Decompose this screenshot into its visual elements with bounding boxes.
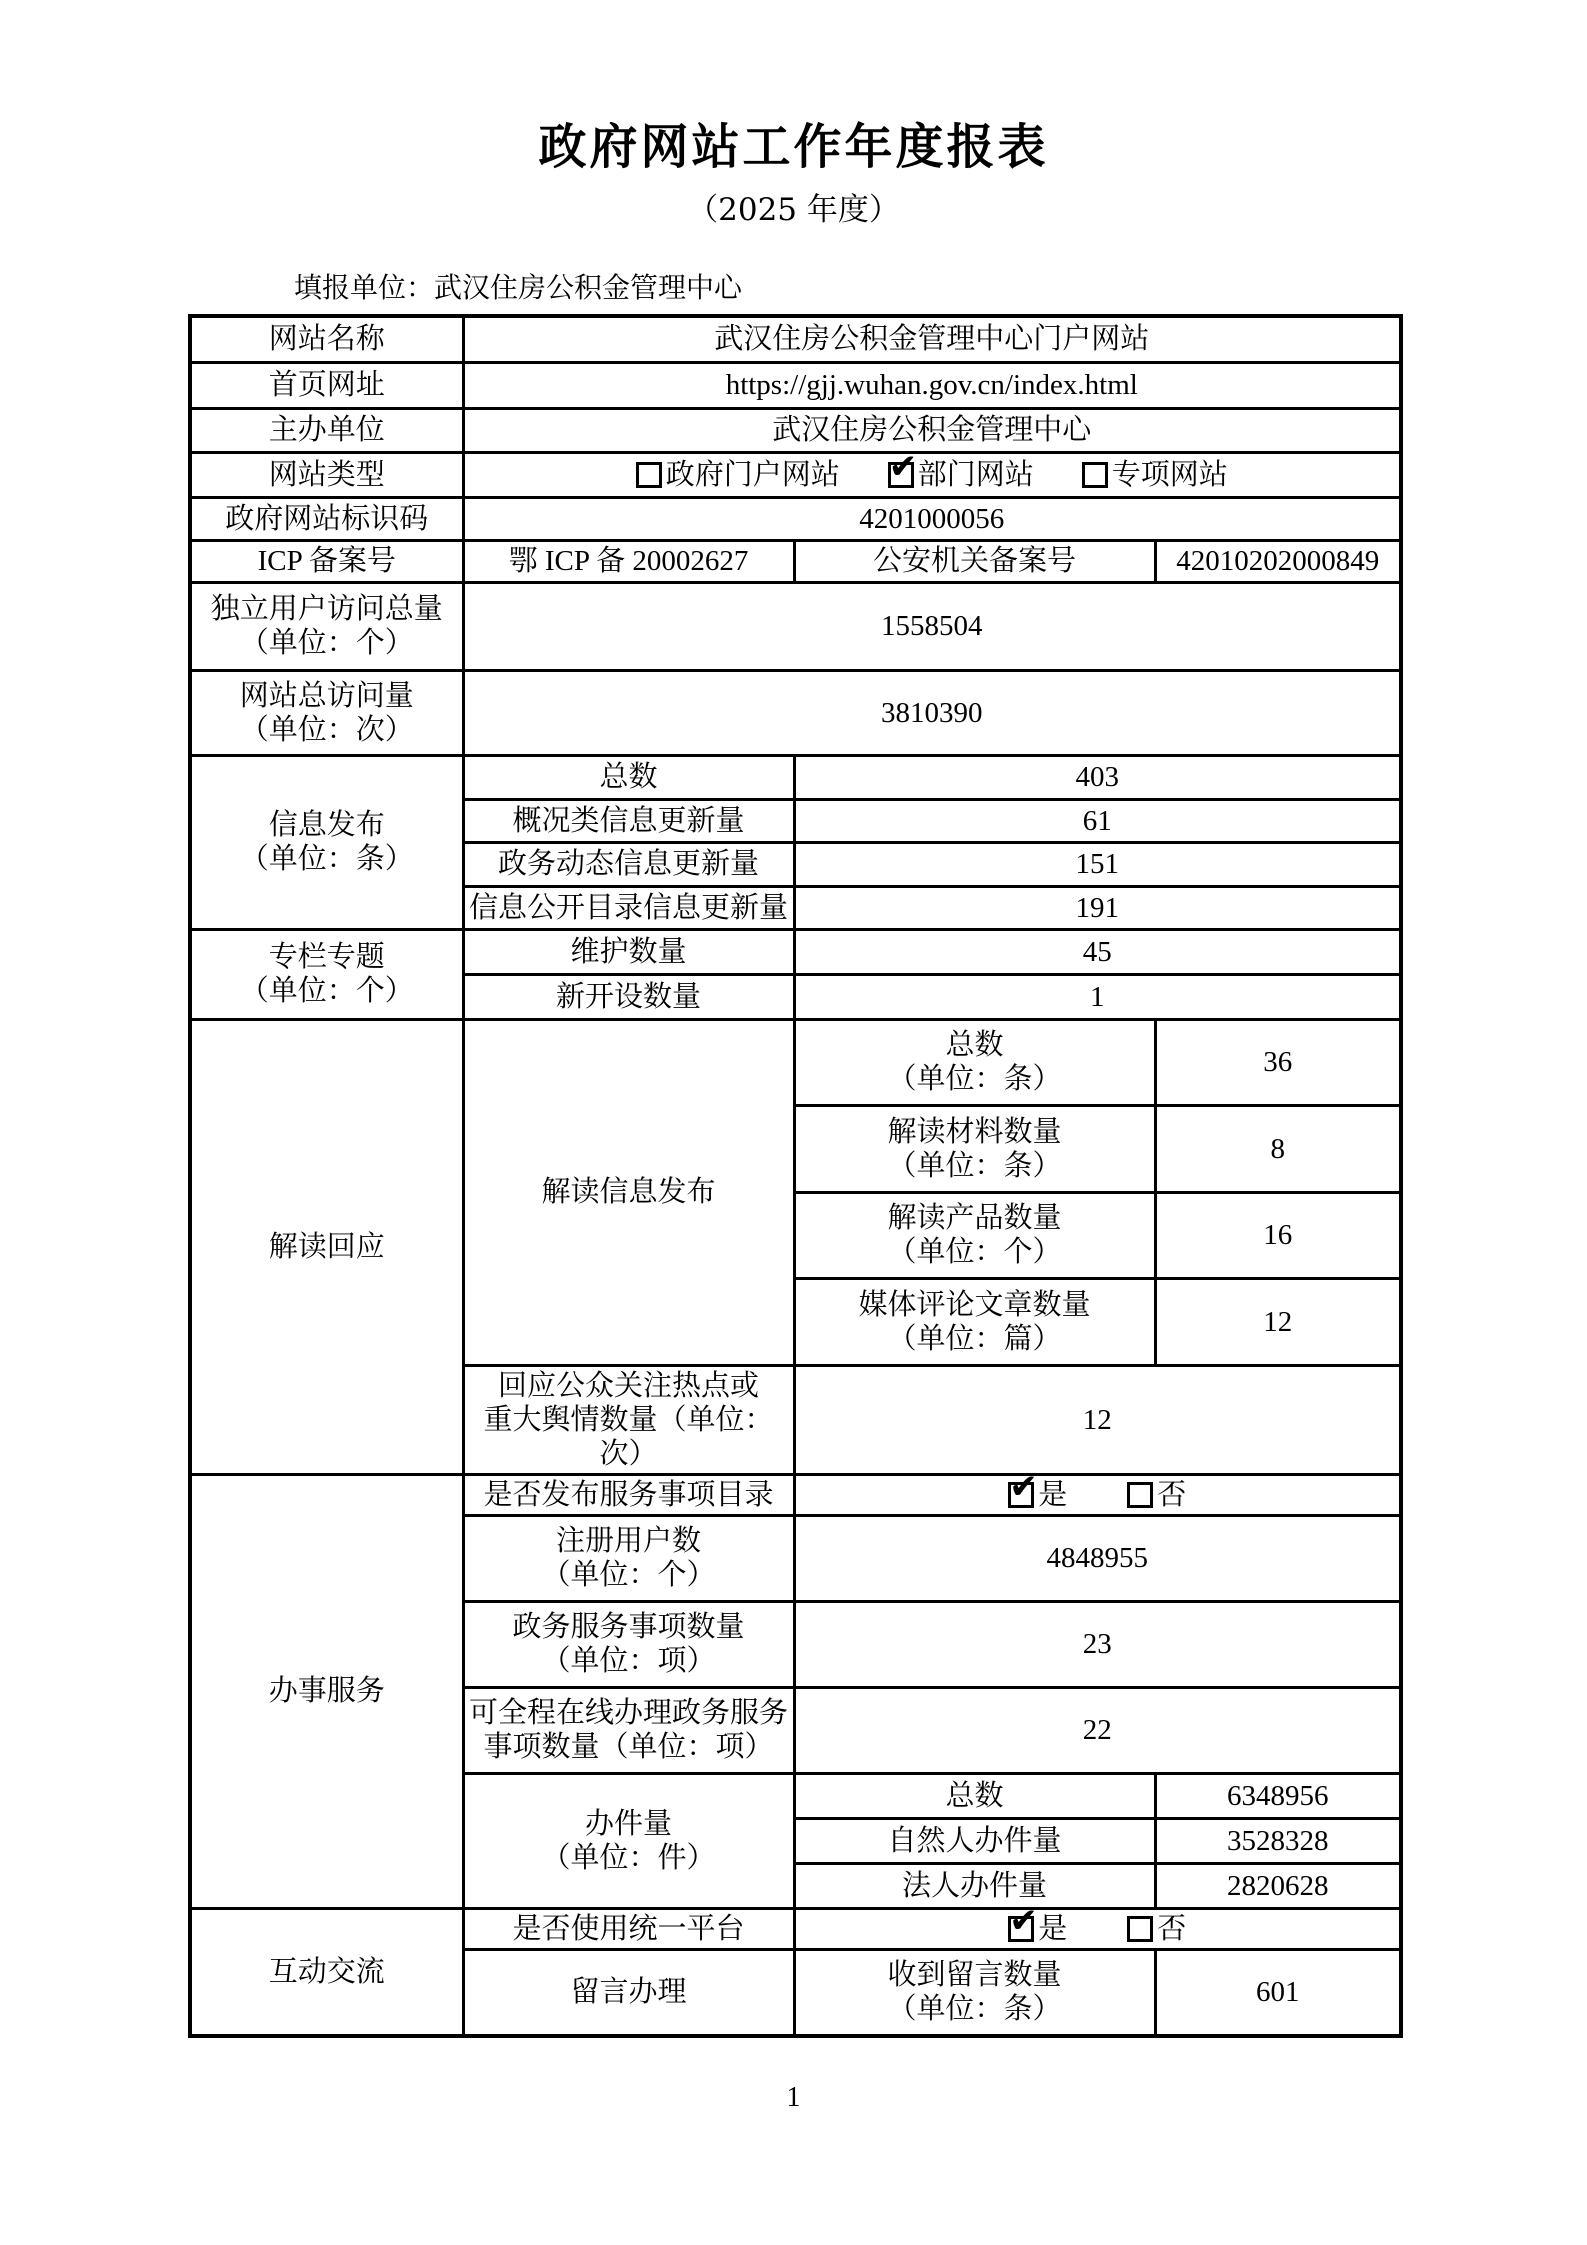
catalog-yes-label: 是 xyxy=(1038,1478,1067,1512)
site-type-options-cell: 政府门户网站 部门网站 专项网站 xyxy=(463,452,1401,497)
police-record-label: 公安机关备案号 xyxy=(794,540,1155,582)
home-url-label: 首页网址 xyxy=(190,362,463,408)
platform-yes-label: 是 xyxy=(1038,1912,1067,1946)
unique-visitors-value: 1558504 xyxy=(463,582,1401,670)
special-columns-new-label: 新开设数量 xyxy=(463,974,794,1019)
interpretation-publish-label: 解读信息发布 xyxy=(463,1019,794,1365)
catalog-no-option: 否 xyxy=(1127,1478,1186,1512)
checkbox-gov-portal xyxy=(636,462,662,488)
page-subtitle-year: （2025 年度） xyxy=(0,192,1587,228)
online-items-label: 可全程在线办理政务服务 事项数量（单位：项） xyxy=(463,1687,794,1773)
unified-platform-yn: 是 否 xyxy=(800,1912,1396,1946)
platform-yes-option: 是 xyxy=(1008,1912,1067,1946)
info-publish-total-value: 403 xyxy=(794,755,1401,799)
hotspot-response-label: 回应公众关注热点或 重大舆情数量（单位：次） xyxy=(463,1365,794,1474)
info-publish-overview-value: 61 xyxy=(794,799,1401,842)
messages-label: 留言办理 xyxy=(463,1949,794,2036)
sponsor-value: 武汉住房公积金管理中心 xyxy=(463,408,1401,452)
case-volume-label: 办件量 （单位：件） xyxy=(463,1773,794,1908)
total-visits-label: 网站总访问量 （单位：次） xyxy=(190,670,463,755)
services-catalog-yn: 是 否 xyxy=(800,1478,1396,1512)
info-publish-catalog-value: 191 xyxy=(794,886,1401,929)
option-special-site-label: 专项网站 xyxy=(1112,458,1228,492)
services-section-label: 办事服务 xyxy=(190,1474,463,1908)
services-catalog-label: 是否发布服务事项目录 xyxy=(463,1474,794,1515)
site-type-options: 政府门户网站 部门网站 专项网站 xyxy=(469,458,1396,492)
case-volume-legal-value: 2820628 xyxy=(1155,1863,1401,1908)
case-volume-legal-label: 法人办件量 xyxy=(794,1863,1155,1908)
interpretation-product-value: 16 xyxy=(1155,1192,1401,1278)
unified-platform-yn-cell: 是 否 xyxy=(794,1908,1401,1949)
police-record-value: 42010202000849 xyxy=(1155,540,1401,582)
info-publish-news-value: 151 xyxy=(794,842,1401,886)
reporting-unit-line: 填报单位：武汉住房公积金管理中心 xyxy=(294,272,1587,304)
checkbox-catalog-no xyxy=(1127,1482,1153,1508)
interpretation-total-value: 36 xyxy=(1155,1019,1401,1105)
option-gov-portal: 政府门户网站 xyxy=(636,458,840,492)
unique-visitors-label: 独立用户访问总量 （单位：个） xyxy=(190,582,463,670)
catalog-yes-option: 是 xyxy=(1008,1478,1067,1512)
service-items-value: 23 xyxy=(794,1601,1401,1687)
page-number: 1 xyxy=(0,2082,1587,2114)
case-volume-natural-value: 3528328 xyxy=(1155,1818,1401,1863)
case-volume-total-label: 总数 xyxy=(794,1773,1155,1818)
special-columns-maintained-value: 45 xyxy=(794,929,1401,974)
platform-no-label: 否 xyxy=(1157,1912,1186,1946)
interpretation-media-value: 12 xyxy=(1155,1278,1401,1365)
interpretation-material-value: 8 xyxy=(1155,1105,1401,1192)
site-code-label: 政府网站标识码 xyxy=(190,497,463,540)
special-columns-new-value: 1 xyxy=(794,974,1401,1019)
interpretation-material-label: 解读材料数量 （单位：条） xyxy=(794,1105,1155,1192)
option-gov-portal-label: 政府门户网站 xyxy=(666,458,840,492)
messages-received-label: 收到留言数量 （单位：条） xyxy=(794,1949,1155,2036)
special-columns-maintained-label: 维护数量 xyxy=(463,929,794,974)
interpretation-product-label: 解读产品数量 （单位：个） xyxy=(794,1192,1155,1278)
site-name-label: 网站名称 xyxy=(190,316,463,362)
online-items-value: 22 xyxy=(794,1687,1401,1773)
page-title: 政府网站工作年度报表 xyxy=(0,0,1587,176)
registered-users-value: 4848955 xyxy=(794,1515,1401,1601)
interaction-section-label: 互动交流 xyxy=(190,1908,463,2036)
platform-no-option: 否 xyxy=(1127,1912,1186,1946)
info-publish-catalog-label: 信息公开目录信息更新量 xyxy=(463,886,794,929)
icp-value: 鄂 ICP 备 20002627 xyxy=(463,540,794,582)
messages-received-value: 601 xyxy=(1155,1949,1401,2036)
interpretation-total-label: 总数 （单位：条） xyxy=(794,1019,1155,1105)
checkbox-department-site xyxy=(888,462,914,488)
site-name-value: 武汉住房公积金管理中心门户网站 xyxy=(463,316,1401,362)
case-volume-natural-label: 自然人办件量 xyxy=(794,1818,1155,1863)
icp-label: ICP 备案号 xyxy=(190,540,463,582)
case-volume-total-value: 6348956 xyxy=(1155,1773,1401,1818)
hotspot-response-value: 12 xyxy=(794,1365,1401,1474)
total-visits-value: 3810390 xyxy=(463,670,1401,755)
service-items-label: 政务服务事项数量 （单位：项） xyxy=(463,1601,794,1687)
interpretation-media-label: 媒体评论文章数量 （单位：篇） xyxy=(794,1278,1155,1365)
info-publish-total-label: 总数 xyxy=(463,755,794,799)
registered-users-label: 注册用户数 （单位：个） xyxy=(463,1515,794,1601)
checkbox-platform-no xyxy=(1127,1916,1153,1942)
info-publish-news-label: 政务动态信息更新量 xyxy=(463,842,794,886)
checkbox-catalog-yes xyxy=(1008,1482,1034,1508)
interpretation-section-label: 解读回应 xyxy=(190,1019,463,1474)
sponsor-label: 主办单位 xyxy=(190,408,463,452)
site-type-label: 网站类型 xyxy=(190,452,463,497)
checkbox-special-site xyxy=(1082,462,1108,488)
catalog-no-label: 否 xyxy=(1157,1478,1186,1512)
annual-report-table: 网站名称 武汉住房公积金管理中心门户网站 首页网址 https://gjj.wu… xyxy=(188,314,1403,2038)
option-department-site: 部门网站 xyxy=(888,458,1034,492)
services-catalog-yn-cell: 是 否 xyxy=(794,1474,1401,1515)
home-url-value: https://gjj.wuhan.gov.cn/index.html xyxy=(463,362,1401,408)
option-department-site-label: 部门网站 xyxy=(918,458,1034,492)
info-publish-section-label: 信息发布 （单位：条） xyxy=(190,755,463,929)
special-columns-section-label: 专栏专题 （单位：个） xyxy=(190,929,463,1019)
info-publish-overview-label: 概况类信息更新量 xyxy=(463,799,794,842)
site-code-value: 4201000056 xyxy=(463,497,1401,540)
option-special-site: 专项网站 xyxy=(1082,458,1228,492)
unified-platform-label: 是否使用统一平台 xyxy=(463,1908,794,1949)
checkbox-platform-yes xyxy=(1008,1916,1034,1942)
